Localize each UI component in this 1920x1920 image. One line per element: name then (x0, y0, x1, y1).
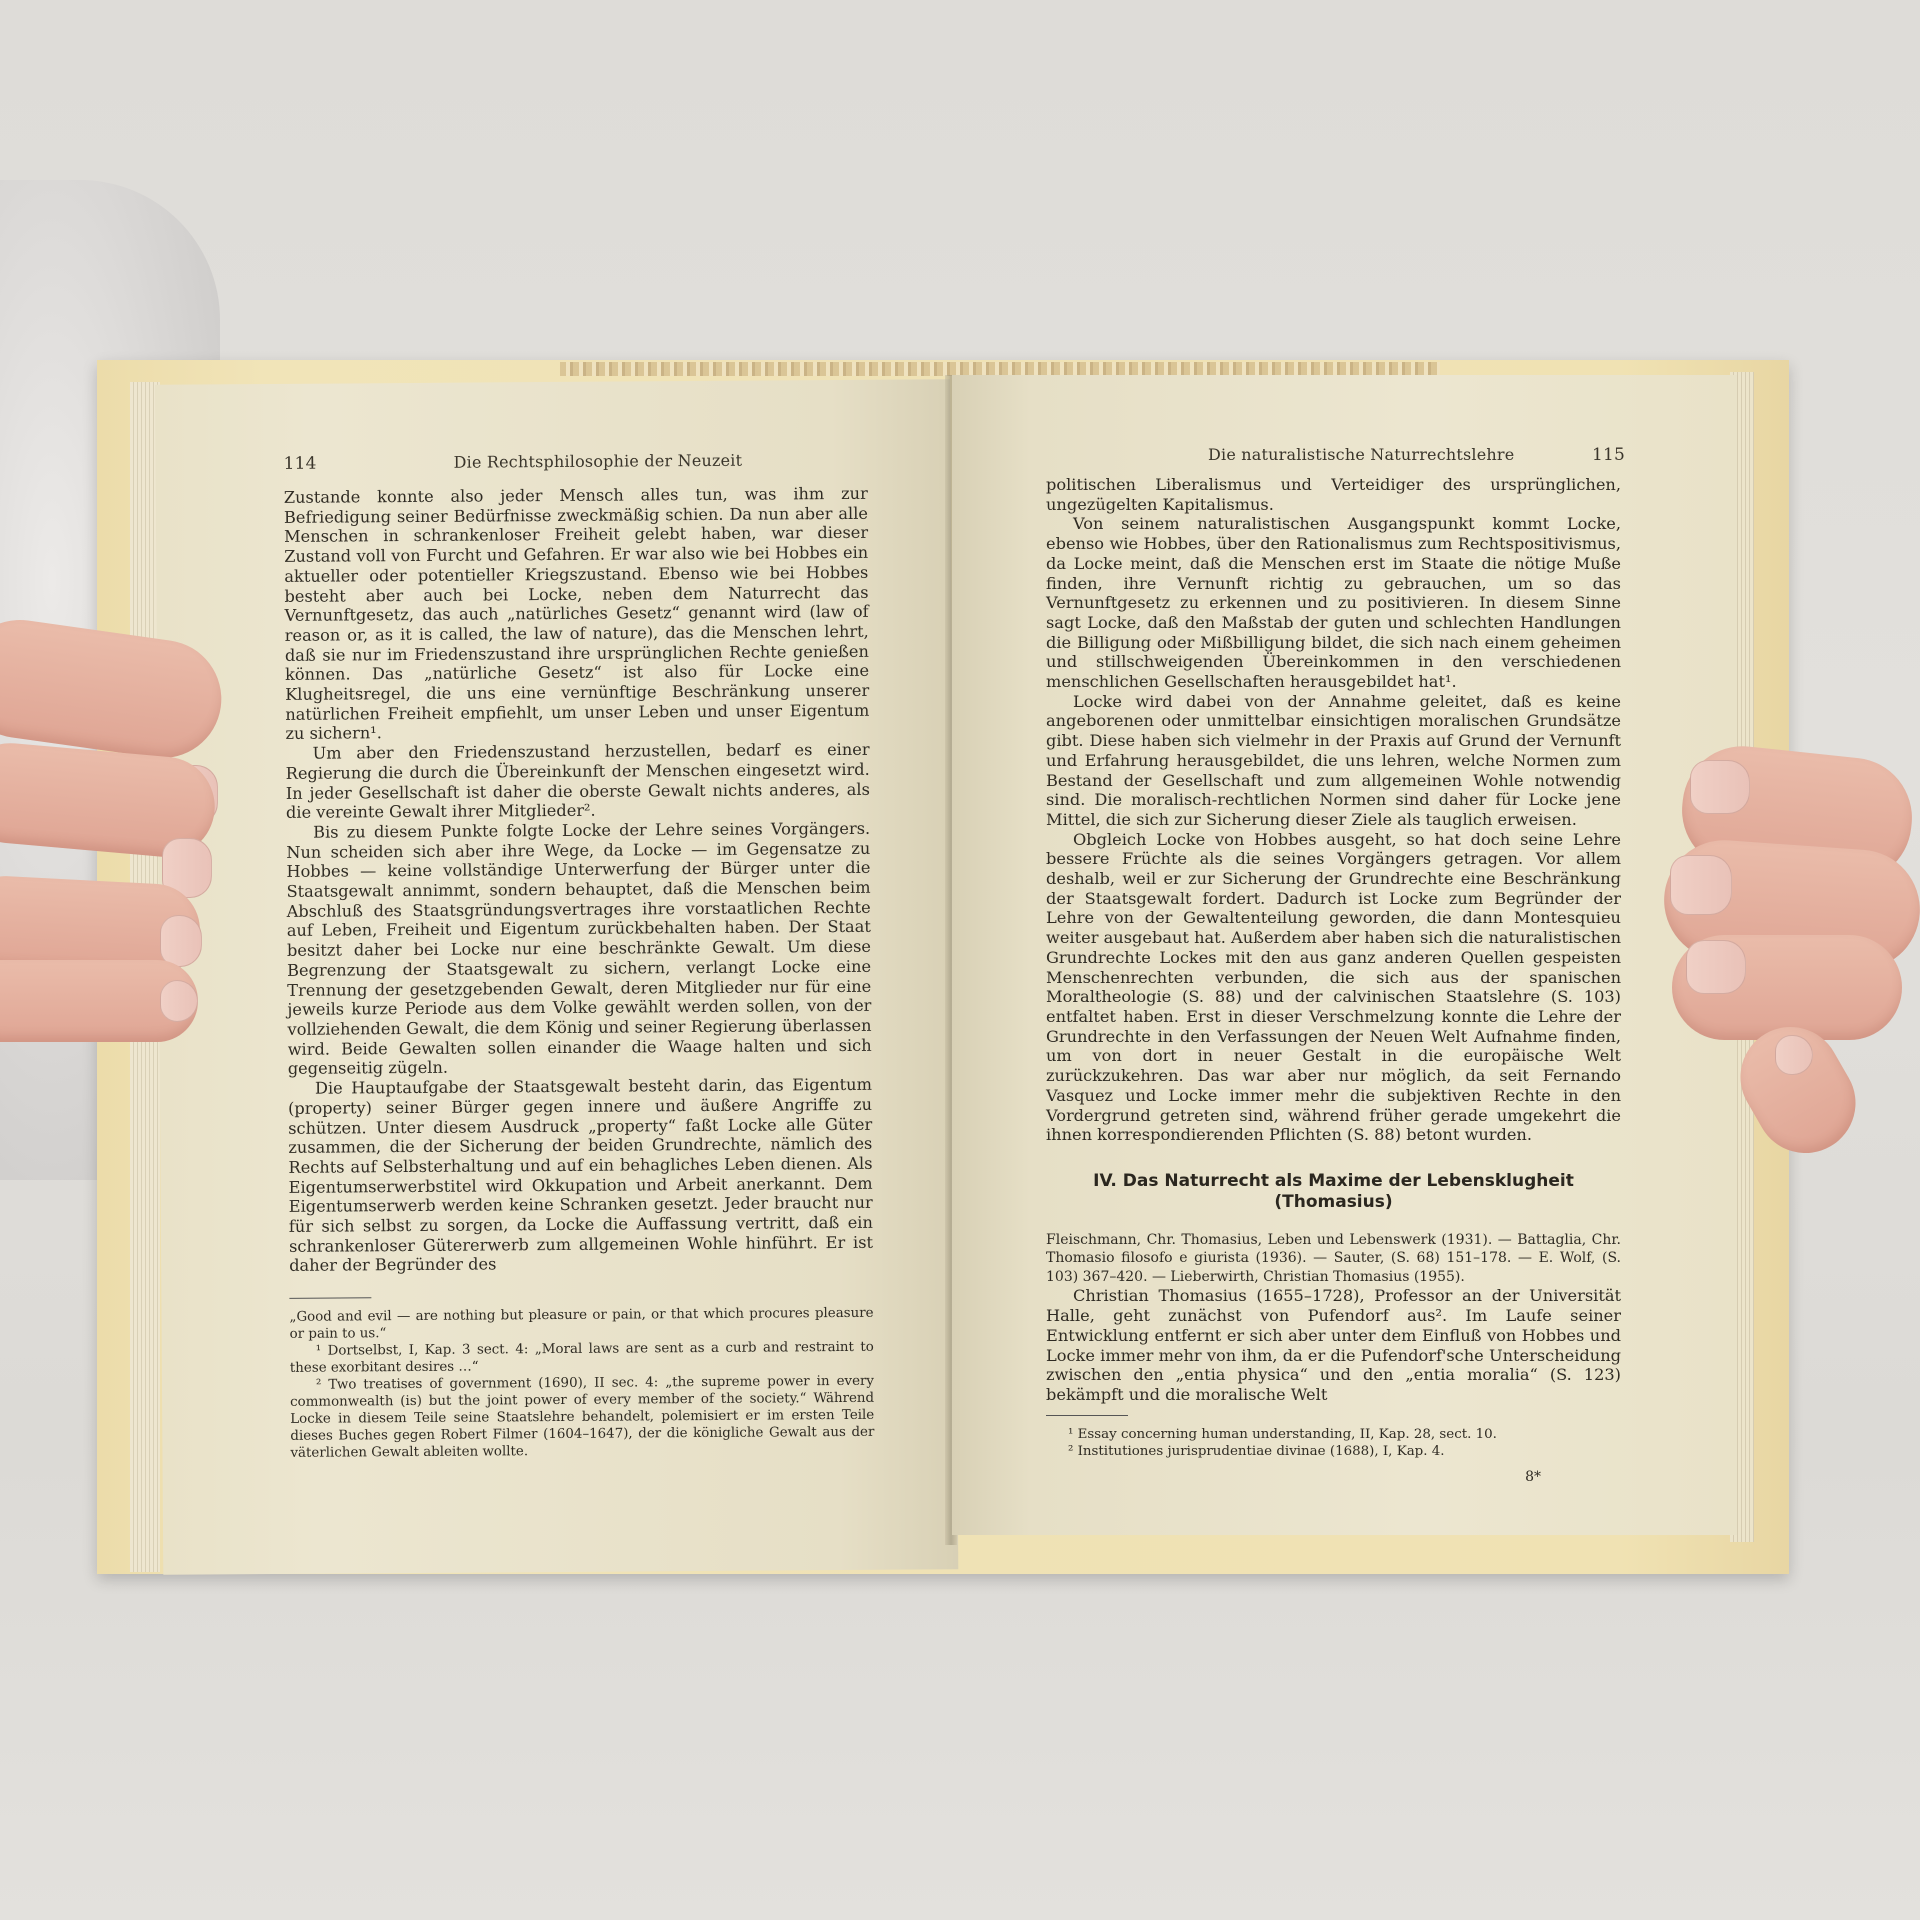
left-page: 114 Die Rechtsphilosophie der Neuzeit Zu… (155, 379, 958, 1575)
footnote: ¹ Essay concerning human understanding, … (1068, 1426, 1621, 1443)
running-head: Die Rechtsphilosophie der Neuzeit (453, 451, 742, 472)
fingernail (1670, 855, 1732, 915)
left-body: Zustande konnte also jeder Mensch alles … (284, 484, 875, 1462)
paragraph: Zustande konnte also jeder Mensch alles … (284, 484, 870, 744)
footnote-rule (289, 1297, 371, 1299)
footnote-rule (1046, 1415, 1128, 1416)
running-head: Die naturalistische Naturrechtslehre (1208, 445, 1514, 464)
footnote: ¹ Dortselbst, I, Kap. 3 sect. 4: „Moral … (290, 1339, 874, 1377)
footnote: ² Institutiones jurisprudentiae divinae … (1068, 1443, 1621, 1460)
section-heading-line2: (Thomasius) (1046, 1192, 1621, 1213)
footnote: „Good and evil — are nothing but pleasur… (289, 1305, 873, 1343)
footnote: ² Two treatises of government (1690), II… (290, 1373, 875, 1462)
literature-list: Fleischmann, Chr. Thomasius, Leben und L… (1046, 1231, 1621, 1287)
paragraph: Bis zu diesem Punkte folgte Locke der Le… (286, 819, 872, 1079)
paragraph: Um aber den Friedenszustand herzustellen… (286, 740, 871, 823)
fingernail (1686, 940, 1746, 994)
page-number: 114 (283, 454, 316, 474)
paragraph: Christian Thomasius (1655–1728), Profess… (1046, 1286, 1621, 1404)
paragraph: politischen Liberalismus und Verteidiger… (1046, 475, 1621, 514)
paragraph: Obgleich Locke von Hobbes ausgeht, so ha… (1046, 830, 1621, 1145)
section-heading-line1: IV. Das Naturrecht als Maxime der Lebens… (1046, 1171, 1621, 1192)
fingernail (160, 915, 202, 967)
paragraph: Von seinem naturalistischen Ausgangspunk… (1046, 514, 1621, 691)
signature-mark: 8* (1046, 1468, 1621, 1488)
book-spine-headband (560, 362, 1440, 376)
right-body: politischen Liberalismus und Verteidiger… (1046, 475, 1621, 1487)
right-page: Die naturalistische Naturrechtslehre 115… (952, 375, 1737, 1535)
footnotes: ¹ Essay concerning human understanding, … (1046, 1426, 1621, 1460)
paragraph: Locke wird dabei von der Annahme geleite… (1046, 692, 1621, 830)
footnotes: „Good and evil — are nothing but pleasur… (289, 1305, 874, 1462)
section-heading: IV. Das Naturrecht als Maxime der Lebens… (1046, 1171, 1621, 1213)
page-number: 115 (1592, 445, 1625, 465)
paragraph: Die Hauptaufgabe der Staatsgewalt besteh… (288, 1075, 873, 1276)
fingernail (1690, 760, 1750, 814)
